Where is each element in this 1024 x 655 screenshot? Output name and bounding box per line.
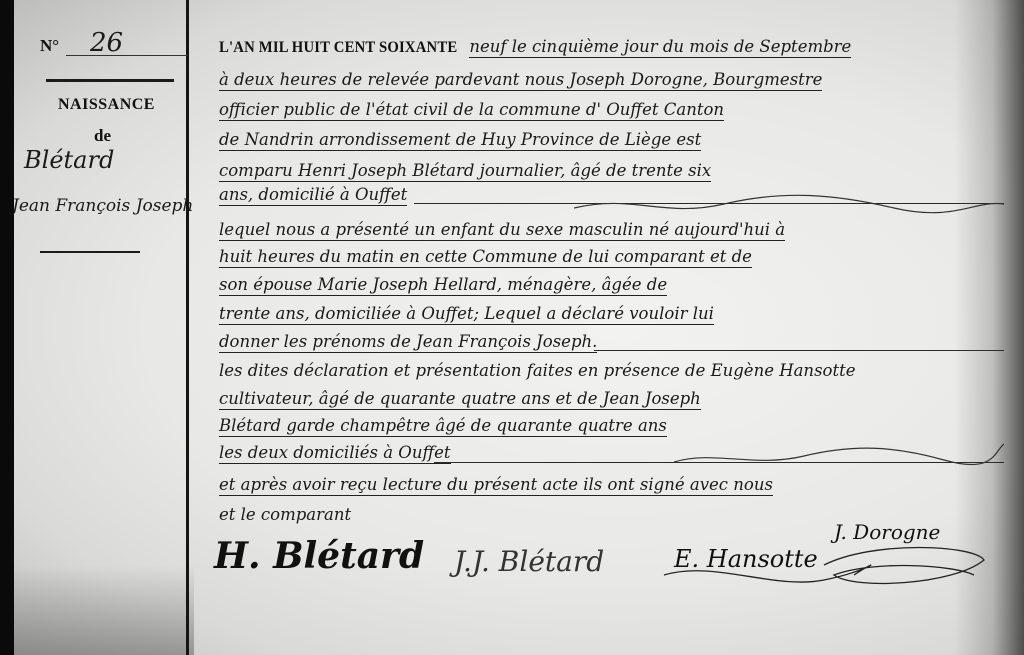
body-line-9: son épouse Marie Joseph Hellard, ménagèr… — [219, 275, 667, 295]
certificate-page: N° 26 NAISSANCE de Blétard Jean François… — [14, 0, 1024, 655]
body-line-7: lequel nous a présenté un enfant du sexe… — [219, 220, 785, 240]
body-text: officier public de l'état civil de la co… — [219, 100, 724, 121]
body-line-13: cultivateur, âgé de quarante quatre ans … — [219, 389, 701, 409]
body-text: trente ans, domiciliée à Ouffet; Lequel … — [219, 304, 714, 325]
body-text: comparu Henri Joseph Blétard journalier,… — [219, 161, 711, 182]
body-text: neuf le cinquième jour du mois de Septem… — [469, 37, 851, 58]
signature-flourish — [654, 535, 994, 605]
body-line-1: L'AN MIL HUIT CENT SOIXANTE neuf le cinq… — [219, 37, 851, 58]
record-number: N° 26 — [32, 30, 187, 60]
child-given-names: Jean François Joseph — [12, 196, 193, 216]
flourish-line — [674, 440, 1004, 470]
body-text: son épouse Marie Joseph Hellard, ménagèr… — [219, 275, 667, 296]
separator-bottom — [40, 251, 140, 253]
flourish-line — [574, 190, 1004, 220]
body-text: lequel nous a présenté un enfant du sexe… — [219, 220, 785, 241]
body-line-10: trente ans, domiciliée à Ouffet; Lequel … — [219, 304, 714, 324]
body-line-8: huit heures du matin en cette Commune de… — [219, 247, 752, 267]
body-text: ans, domicilié à Ouffet — [219, 185, 407, 206]
body-text: Blétard garde champêtre âgé de quarante … — [219, 416, 667, 437]
body-text: à deux heures de relevée pardevant nous … — [219, 70, 822, 91]
body-line-3: officier public de l'état civil de la co… — [219, 100, 724, 120]
fill-line — [594, 350, 1004, 351]
body-line-17: et le comparant — [219, 505, 351, 525]
body-text: et le comparant — [219, 505, 351, 524]
child-surname: Blétard — [24, 146, 114, 174]
body-line-11: donner les prénoms de Jean François Jose… — [219, 332, 597, 352]
number-label: N° — [40, 36, 59, 56]
signature-witness-1: J.J. Blétard — [454, 545, 604, 578]
record-heading-de: de — [94, 126, 111, 146]
separator-top — [46, 79, 174, 82]
number-underline — [66, 55, 188, 56]
body-text: et après avoir reçu lecture du présent a… — [219, 475, 773, 496]
body-line-16: et après avoir reçu lecture du présent a… — [219, 475, 773, 495]
body-line-14: Blétard garde champêtre âgé de quarante … — [219, 416, 667, 436]
body-text: donner les prénoms de Jean François Jose… — [219, 332, 597, 353]
body-text: les dites déclaration et présentation fa… — [219, 361, 856, 380]
body-line-6: ans, domicilié à Ouffet — [219, 185, 407, 205]
signature-father: H. Blétard — [214, 535, 424, 577]
body-line-15: les deux domiciliés à Ouffet — [219, 443, 451, 463]
number-value: 26 — [90, 28, 123, 58]
body-line-12: les dites déclaration et présentation fa… — [219, 361, 856, 381]
body-text: cultivateur, âgé de quarante quatre ans … — [219, 389, 701, 410]
body-line-2: à deux heures de relevée pardevant nous … — [219, 70, 822, 90]
body-text: huit heures du matin en cette Commune de… — [219, 247, 752, 268]
body-text: de Nandrin arrondissement de Huy Provinc… — [219, 130, 701, 151]
body-line-5: comparu Henri Joseph Blétard journalier,… — [219, 161, 711, 181]
body-text: les deux domiciliés à Ouffet — [219, 443, 451, 464]
margin-rule — [186, 0, 189, 655]
printed-intro: L'AN MIL HUIT CENT SOIXANTE — [219, 38, 457, 58]
body-line-4: de Nandrin arrondissement de Huy Provinc… — [219, 130, 701, 150]
record-heading: NAISSANCE — [58, 96, 155, 114]
